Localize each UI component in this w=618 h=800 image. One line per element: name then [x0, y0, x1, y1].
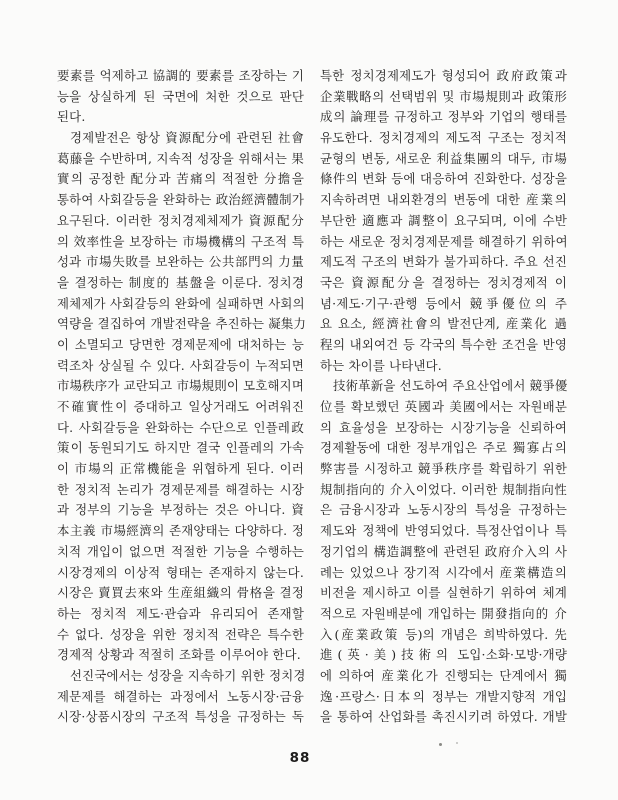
text-line: 적으로 자원배분에 개입하는 開發指向的 介	[320, 604, 567, 625]
text-line: 제도와 정책에 반영되었다. 특정산업이나 특	[320, 521, 567, 542]
text-line: 시장경제의 이상적 형태는 존재하지 않는다.	[57, 563, 304, 584]
text-line: 시장은 賣買去來와 生産組織의 骨格을 결정	[57, 583, 304, 604]
scan-speckle	[439, 743, 442, 746]
text-line: 력조차 상실될 수 있다. 사회갈등이 누적되면	[57, 356, 304, 377]
text-line: 條件의 변화 등에 대응하여 진화한다. 성장을	[320, 169, 567, 190]
text-line: 역량을 결집하여 개발전략을 추진하는 凝集力	[57, 314, 304, 335]
text-line: 균형의 변동, 새로운 利益集團의 대두, 市場	[320, 149, 567, 170]
text-line: 다. 사회갈등을 완화하는 수단으로 인플레政	[57, 418, 304, 439]
text-line: 경제발전은 항상 資源配分에 관련된 社會	[57, 128, 304, 149]
text-line: 은 금융시장과 노동시장의 특성을 규정하는	[320, 500, 567, 521]
text-line: 을 통하여 산업화를 촉진시키려 하였다. 개발	[320, 707, 567, 728]
scanned-page: 要素를 억제하고 協調的 要素를 조장하는 기능을 상실하게 된 국면에 처한 …	[0, 0, 618, 800]
text-line: 지속하려면 내외환경의 변동에 대한 産業의	[320, 190, 567, 211]
text-line: 의 效率性을 보장하는 市場機構의 구조적 특	[57, 232, 304, 253]
text-line: 시장·상품시장의 구조적 특성을 규정하는 독	[57, 707, 304, 728]
text-line: 不確實性이 증대하고 일상거래도 어려워진	[57, 397, 304, 418]
page-number: 88	[0, 750, 600, 766]
text-line: 하는 새로운 정치경제문제를 해결하기 위하여	[320, 232, 567, 253]
text-line: 技術革新을 선도하여 주요산업에서 競爭優	[320, 376, 567, 397]
text-column-left: 要素를 억제하고 協調的 要素를 조장하는 기능을 상실하게 된 국면에 처한 …	[57, 66, 304, 728]
text-column-right: 특한 정치경제제도가 형성되어 政府政策과企業戰略의 선택범위 및 市場規則과 …	[320, 66, 567, 728]
text-line: 제문제를 해결하는 과정에서 노동시장·금융	[57, 687, 304, 708]
scan-speckle	[456, 742, 458, 744]
text-line: 成의 論理를 규정하고 정부와 기업의 행태를	[320, 107, 567, 128]
text-line: 제체제가 사회갈등의 완화에 실패하면 사회의	[57, 294, 304, 315]
text-line: 특한 정치경제제도가 형성되어 政府政策과	[320, 66, 567, 87]
text-line: 부단한 適應과 調整이 요구되며, 이에 수반	[320, 211, 567, 232]
text-line: 이 市場의 正常機能을 위협하게 된다. 이러	[57, 459, 304, 480]
text-line: 程의 내외여건 등 각국의 특수한 조건을 반영	[320, 335, 567, 356]
text-line: 規制指向的 介入이었다. 이러한 規制指向性	[320, 480, 567, 501]
text-line: 과 정부의 기능을 부정하는 것은 아니다. 資	[57, 500, 304, 521]
text-line: 의 효율성을 보장하는 시장기능을 신뢰하여	[320, 418, 567, 439]
text-line: 요구된다. 이러한 정치경제체제가 資源配分	[57, 211, 304, 232]
text-line: 入(産業政策 등)의 개념은 희박하였다. 先	[320, 625, 567, 646]
text-line: 비전을 제시하고 이를 실현하기 위하여 체계	[320, 583, 567, 604]
text-line: 요 요소, 經濟社會의 발전단계, 産業化 過	[320, 314, 567, 335]
text-line: 葛藤을 수반하며, 지속적 성장을 위해서는 果	[57, 149, 304, 170]
text-line: 을 결정하는 制度的 基盤을 이룬다. 정치경	[57, 273, 304, 294]
text-line: 逸·프랑스·日本의 정부는 개발지향적 개입	[320, 687, 567, 708]
text-line: 된다.	[57, 107, 304, 128]
text-line: 本主義 市場經濟의 존재양태는 다양하다. 정	[57, 521, 304, 542]
text-line: 한 정치적 논리가 경제문제를 해결하는 시장	[57, 480, 304, 501]
text-line: 位를 확보했던 英國과 美國에서는 자원배분	[320, 397, 567, 418]
text-line: 경제활동에 대한 정부개입은 주로 獨寡占의	[320, 438, 567, 459]
text-line: 례는 있었으나 장기적 시각에서 産業構造의	[320, 563, 567, 584]
text-line: 策이 동원되기도 하지만 결국 인플레의 가속	[57, 438, 304, 459]
text-line: 정기업의 構造調整에 관련된 政府介入의 사	[320, 542, 567, 563]
text-line: 유도한다. 정치경제의 제도적 구조는 정치적	[320, 128, 567, 149]
text-line: 능을 상실하게 된 국면에 처한 것으로 판단	[57, 87, 304, 108]
text-line: 치적 개입이 없으면 적절한 기능을 수행하는	[57, 542, 304, 563]
text-line: 市場秩序가 교란되고 市場規則이 모호해지며	[57, 376, 304, 397]
text-line: 弊害를 시정하고 競爭秩序를 확립하기 위한	[320, 459, 567, 480]
text-line: 하는 정치적 제도·관습과 유리되어 존재할	[57, 604, 304, 625]
text-line: 하는 차이를 나타낸다.	[320, 356, 567, 377]
text-line: 념·제도·기구·관행 등에서 競爭優位의 주	[320, 294, 567, 315]
text-line: 국은 資源配分을 결정하는 정치경제적 이	[320, 273, 567, 294]
text-line: 이 소멸되고 당면한 경제문제에 대처하는 능	[57, 335, 304, 356]
text-line: 선진국에서는 성장을 지속하기 위한 정치경	[57, 666, 304, 687]
text-line: 성과 市場失敗를 보완하는 公共部門의 力量	[57, 252, 304, 273]
text-line: 수 없다. 성장을 위한 정치적 전략은 특수한	[57, 625, 304, 646]
text-line: 통하여 사회갈등을 완화하는 政治經濟體制가	[57, 190, 304, 211]
text-line: 제도적 구조의 변화가 불가피하다. 주요 선진	[320, 252, 567, 273]
text-line: 경제적 상황과 적절히 조화를 이루어야 한다.	[57, 645, 304, 666]
text-line: 實의 공정한 配分과 苦痛의 적절한 分擔을	[57, 169, 304, 190]
text-line: 進(英·美)技術의 도입·소화·모방·개량	[320, 645, 567, 666]
text-line: 要素를 억제하고 協調的 要素를 조장하는 기	[57, 66, 304, 87]
text-line: 企業戰略의 선택범위 및 市場規則과 政策形	[320, 87, 567, 108]
text-line: 에 의하여 産業化가 진행되는 단계에서 獨	[320, 666, 567, 687]
